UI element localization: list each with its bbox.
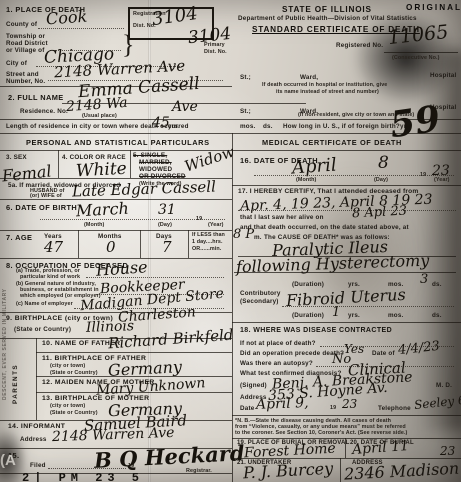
hospital-note2: its name instead of street and number) (276, 89, 379, 95)
registrar-signature: B Q Heckard (94, 442, 245, 471)
length-mos-label: mos. (240, 123, 256, 131)
cert-date-year: 23 (342, 398, 357, 410)
dod-year-caption: (Year) (434, 177, 450, 183)
age-days-value: 7 (162, 240, 172, 255)
operation-date-value: 4/4/23 (397, 340, 440, 357)
full-name-label: 2. FULL NAME (8, 93, 64, 102)
dob-month-caption: (Month) (84, 222, 104, 228)
registered-no-label: Registered No. (336, 42, 383, 50)
duration2-ds: ds. (432, 312, 442, 320)
dob-day-value: 31 (158, 203, 176, 217)
rule-race-marital (130, 150, 131, 178)
contributory-line (282, 306, 454, 307)
county-line (38, 28, 124, 29)
registrar-label: Registrar. (186, 468, 212, 474)
registered-no-line (384, 52, 458, 53)
last-saw-hand: 8 Apl 23 (352, 205, 408, 221)
left-margin-vertical-text: DESCENT, EVER SERVED IN MILITARY (2, 288, 8, 400)
ward-line2-st: St.; (240, 108, 251, 116)
autopsy-question: Was there an autopsy? (240, 360, 313, 368)
ward-line1-ward: Ward, (300, 74, 318, 82)
cert-date-19: 19 (330, 405, 336, 411)
ward-line1-st: St.; (240, 74, 251, 82)
medical-certificate-title: MEDICAL CERTIFICATE OF DEATH (262, 138, 402, 147)
occupation-a-label2: particular kind of work (20, 274, 80, 280)
department-title: Department of Public Health—Division of … (238, 15, 417, 23)
rule-under-father (36, 352, 232, 353)
mother-city-label: (city or town) (50, 403, 85, 409)
nb-note-line3: to the coroner. See Section 10, Coroner'… (235, 430, 407, 436)
state-title: STATE OF ILLINOIS (282, 5, 372, 14)
sex-label: 3. SEX (6, 154, 27, 162)
father-city-label: (city or town) (50, 363, 85, 369)
age-label: 7. AGE (6, 233, 32, 242)
registered-no-value: 11065 (387, 23, 449, 48)
corner-mark: (A (0, 452, 16, 469)
duration1-ds: ds. (432, 281, 442, 289)
length-ds-label: ds. (263, 123, 273, 131)
rule-sex-race (58, 150, 59, 178)
telephone-value: Seeley 63 (414, 393, 461, 411)
county-label: County of (6, 21, 37, 29)
father-birthplace-value: Germany (108, 359, 183, 379)
rule-parents-col (36, 338, 37, 420)
duration2-mos: mos. (388, 312, 404, 320)
occupation-a-value: House (96, 259, 149, 279)
duration2-label: (Duration) (292, 312, 324, 320)
last-saw-statement: that I last saw her alive on (240, 214, 324, 222)
original-stamp: ORIGINAL (406, 3, 461, 12)
street-label2: Number, No. (6, 78, 45, 86)
primary-district-label2: Dist. No. (204, 49, 227, 55)
dod-line (254, 175, 454, 176)
rule-age-1 (78, 230, 79, 258)
dod-day-value: 8 (378, 155, 389, 172)
received-stamp: 2| PM 23 5 (22, 471, 144, 482)
father-state-label: (State or Country) (50, 370, 98, 376)
rule-under-occupation (0, 312, 232, 313)
primary-district-value: 3104 (187, 26, 232, 47)
duration1-ds-value: 3 (420, 273, 428, 286)
death-certificate-document: DESCENT, EVER SERVED IN MILITARY 1. PLAC… (0, 0, 461, 482)
dob-day-caption: (Day) (158, 222, 172, 228)
length-yrs-label: yrs. (168, 123, 180, 131)
dob-19-print: 19 (196, 216, 202, 222)
dob-year-caption: (Year) (208, 222, 224, 228)
rule-under-dob (0, 230, 232, 231)
rule-under-17 (232, 322, 461, 323)
race-value: White (76, 161, 128, 181)
undertaker-address-value: 2346 Madison St (344, 459, 461, 482)
dob-label: 6. DATE OF BIRTH (6, 203, 77, 212)
informant-address-value: 2148 Warren Ave (52, 426, 175, 444)
dod-day-caption: (Day) (374, 177, 388, 183)
m-label: m. (254, 234, 262, 242)
rule-under-dod (232, 185, 461, 186)
duration2-yrs: yrs. (348, 312, 360, 320)
personal-particulars-title: PERSONAL AND STATISTICAL PARTICULARS (26, 138, 210, 147)
parents-vertical-label: PARENTS (12, 364, 20, 404)
where-contracted-label: 18. WHERE WAS DISEASE CONTRACTED (240, 327, 392, 334)
dob-month-value: March (76, 201, 130, 220)
residence-value: 2148 Wa (66, 96, 128, 114)
certify-dates-line (238, 210, 456, 211)
age-years-value: 47 (44, 240, 63, 255)
burial-date-value: April 11 (352, 439, 410, 457)
rule-under-nb (232, 438, 461, 439)
cert-date-label: Date (240, 405, 254, 413)
rule-under-18 (232, 415, 461, 416)
age-less-label3: OR......min. (192, 246, 221, 252)
ward-line1-hospital: Hospital (430, 72, 456, 80)
contributory-label1: Contributory (240, 290, 281, 298)
death-hour-hand: 8 P (233, 228, 254, 241)
not-at-place-question: If not at place of death? (240, 340, 316, 348)
howlong-us-label: How long in U. S., if of foreign birth? (283, 123, 400, 131)
age-less-label1: If LESS than (192, 232, 225, 238)
burial-year-value: 23 (440, 445, 455, 457)
operation-question: Did an operation precede death? (240, 350, 344, 358)
consecutive-no-label: (Consecutive No.) (392, 55, 440, 61)
rule-undertaker-split (340, 458, 341, 482)
occupation-c-label: (c) Name of employer (16, 301, 73, 307)
age-months-value: 0 (106, 240, 116, 255)
telephone-label: Telephone (378, 405, 411, 413)
hospital-note1: If death occurred in hospital or institu… (262, 82, 387, 88)
signed-label: (Signed) (240, 382, 267, 390)
residence-label: Residence. No. (20, 108, 68, 116)
usual-place-label: (Usual place) (82, 113, 117, 119)
residence-value2: Ave (172, 100, 198, 114)
mother-state-label: (State or Country) (50, 410, 98, 416)
birthplace-state-label: (State or Country) (14, 326, 71, 334)
undertaker-value: P. J. Burcey (243, 461, 334, 482)
age-less-label2: 1 day....hrs. (192, 239, 223, 245)
duration2-value: 1 (332, 306, 340, 319)
contributory-label2: (Secondary) (240, 298, 279, 306)
big-scrawl-59: 59 (388, 101, 443, 144)
death-occurred-statement: and that death occurred, on the date sta… (240, 224, 409, 232)
md-label: M. D. (436, 382, 452, 390)
township-bracket: } (122, 30, 134, 60)
city-label: City of (6, 60, 27, 68)
date-of-label: Date of (372, 350, 395, 358)
spouse-value: Late Edgar Cassell (72, 179, 216, 199)
informant-address-label: Address (20, 436, 47, 444)
county-value: Cook (45, 9, 87, 28)
cert-date-value: April 9, (256, 396, 309, 412)
filed-label: Filed (30, 462, 46, 470)
rule-age-2 (140, 230, 141, 258)
dod-month-caption: (Month) (296, 177, 316, 183)
rule-age-3 (188, 230, 189, 258)
marital-value: Widow (183, 144, 237, 174)
township-label3: or Village of (6, 47, 45, 55)
or-wife-of-label: (or) WIFE of (30, 193, 62, 199)
duration1-label: (Duration) (292, 281, 324, 289)
